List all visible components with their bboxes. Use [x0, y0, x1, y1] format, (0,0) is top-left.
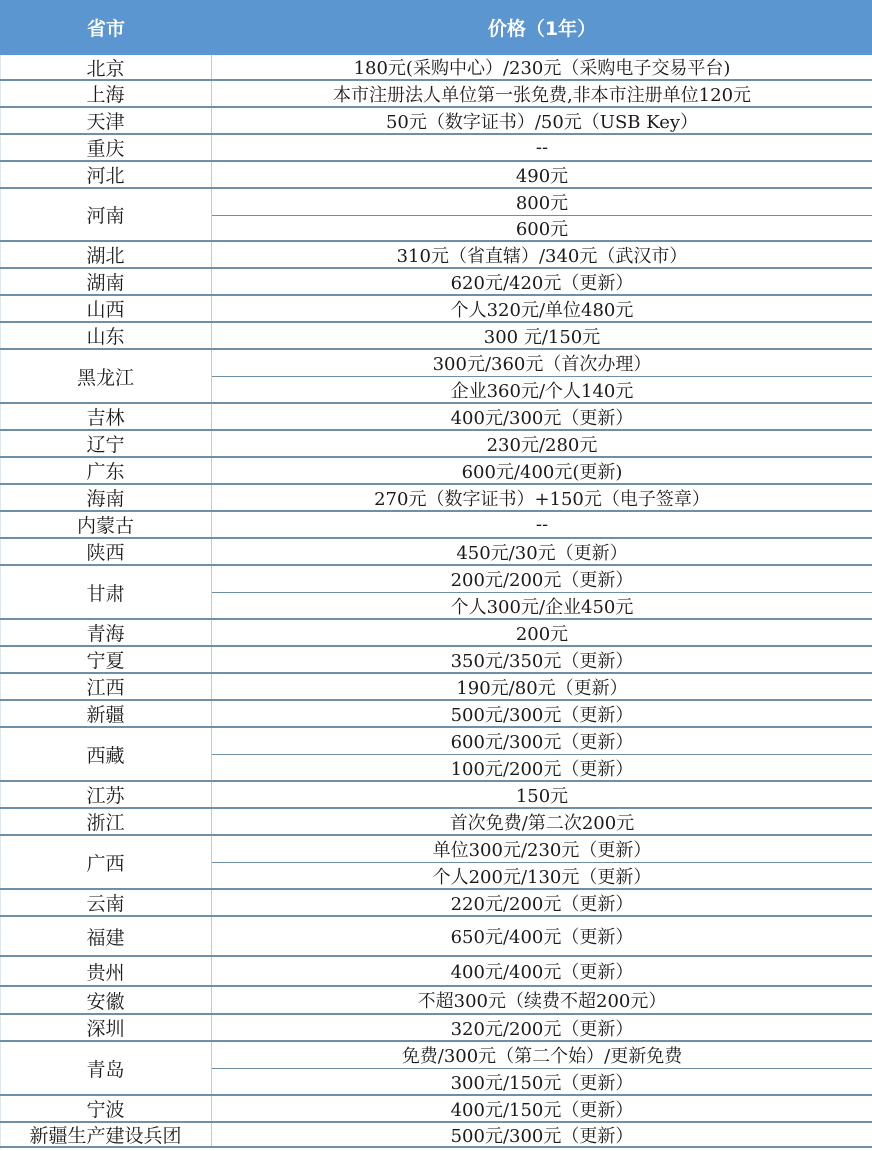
table-row: 宁夏350元/350元（更新） — [0, 647, 872, 674]
table-row: 上海本市注册法人单位第一张免费,非本市注册单位120元 — [0, 81, 872, 108]
price-cell-group: 350元/350元（更新） — [212, 647, 872, 672]
province-cell: 广西 — [0, 836, 212, 888]
price-cell: 400元/400元（更新） — [212, 957, 872, 985]
price-cell-group: 150元 — [212, 782, 872, 807]
price-cell-group: 320元/200元（更新） — [212, 1015, 872, 1040]
table-row: 内蒙古-- — [0, 512, 872, 539]
price-cell-group: 单位300元/230元（更新）个人200元/130元（更新） — [212, 836, 872, 888]
province-cell: 黑龙江 — [0, 350, 212, 402]
province-cell: 海南 — [0, 485, 212, 510]
price-cell-group: 免费/300元（第二个始）/更新免费300元/150元（更新） — [212, 1042, 872, 1094]
price-cell-group: 500元/300元（更新） — [212, 701, 872, 726]
province-cell: 甘肃 — [0, 566, 212, 618]
table-row: 西藏600元/300元（更新）100元/200元（更新） — [0, 728, 872, 782]
province-cell: 浙江 — [0, 809, 212, 834]
price-cell-group: -- — [212, 512, 872, 537]
price-cell: -- — [212, 135, 872, 160]
price-cell-group: 650元/400元（更新） — [212, 917, 872, 955]
price-cell: 不超300元（续费不超200元） — [212, 987, 872, 1013]
province-cell: 内蒙古 — [0, 512, 212, 537]
price-cell-group: 300 元/150元 — [212, 323, 872, 348]
table-row: 深圳320元/200元（更新） — [0, 1015, 872, 1042]
table-row: 黑龙江300元/360元（首次办理）企业360元/个人140元 — [0, 350, 872, 404]
price-cell: 320元/200元（更新） — [212, 1015, 872, 1040]
price-cell-group: 450元/30元（更新） — [212, 539, 872, 564]
table-row: 陕西450元/30元（更新） — [0, 539, 872, 566]
price-cell: 500元/300元（更新） — [212, 701, 872, 726]
price-cell-group: 800元600元 — [212, 189, 872, 240]
province-cell: 湖南 — [0, 269, 212, 294]
price-cell: 400元/300元（更新） — [212, 404, 872, 429]
province-cell: 上海 — [0, 81, 212, 106]
price-cell: 单位300元/230元（更新） — [212, 836, 872, 863]
province-cell: 江苏 — [0, 782, 212, 807]
price-cell: 450元/30元（更新） — [212, 539, 872, 564]
price-cell: 220元/200元（更新） — [212, 890, 872, 915]
price-cell-group: 首次免费/第二次200元 — [212, 809, 872, 834]
table-row: 河北490元 — [0, 162, 872, 189]
province-cell: 云南 — [0, 890, 212, 915]
price-cell: 免费/300元（第二个始）/更新免费 — [212, 1042, 872, 1069]
price-cell-group: 400元/300元（更新） — [212, 404, 872, 429]
province-cell: 青岛 — [0, 1042, 212, 1094]
province-cell: 深圳 — [0, 1015, 212, 1040]
table-header: 省市 价格（1年） — [0, 0, 872, 55]
province-cell: 贵州 — [0, 957, 212, 985]
price-cell-group: 不超300元（续费不超200元） — [212, 987, 872, 1013]
price-cell: 50元（数字证书）/50元（USB Key） — [212, 108, 872, 133]
header-price: 价格（1年） — [212, 0, 872, 55]
province-cell: 青海 — [0, 620, 212, 645]
province-cell: 江西 — [0, 674, 212, 699]
price-cell: 230元/280元 — [212, 431, 872, 456]
province-cell: 山东 — [0, 323, 212, 348]
table-row: 海南270元（数字证书）+150元（电子签章） — [0, 485, 872, 512]
price-cell: 650元/400元（更新） — [212, 917, 872, 955]
price-cell: 200元 — [212, 620, 872, 645]
province-cell: 重庆 — [0, 135, 212, 160]
province-cell: 新疆 — [0, 701, 212, 726]
table-row: 新疆生产建设兵团500元/300元（更新） — [0, 1123, 872, 1148]
table-body: 北京180元(采购中心）/230元（采购电子交易平台)上海本市注册法人单位第一张… — [0, 55, 872, 1148]
province-cell: 山西 — [0, 296, 212, 321]
price-cell: 400元/150元（更新） — [212, 1096, 872, 1121]
price-cell: 个人320元/单位480元 — [212, 296, 872, 321]
province-cell: 广东 — [0, 458, 212, 483]
price-cell: 190元/80元（更新） — [212, 674, 872, 699]
price-cell: 个人300元/企业450元 — [212, 593, 872, 618]
table-row: 云南220元/200元（更新） — [0, 890, 872, 917]
price-cell: 180元(采购中心）/230元（采购电子交易平台) — [212, 55, 872, 79]
province-cell: 天津 — [0, 108, 212, 133]
table-row: 新疆500元/300元（更新） — [0, 701, 872, 728]
province-cell: 宁夏 — [0, 647, 212, 672]
price-cell-group: 50元（数字证书）/50元（USB Key） — [212, 108, 872, 133]
price-cell-group: 500元/300元（更新） — [212, 1123, 872, 1146]
table-row: 江西190元/80元（更新） — [0, 674, 872, 701]
table-row: 贵州400元/400元（更新） — [0, 957, 872, 987]
province-cell: 福建 — [0, 917, 212, 955]
price-cell-group: 190元/80元（更新） — [212, 674, 872, 699]
price-cell-group: 本市注册法人单位第一张免费,非本市注册单位120元 — [212, 81, 872, 106]
price-cell-group: 400元/400元（更新） — [212, 957, 872, 985]
price-cell-group: 200元/200元（更新）个人300元/企业450元 — [212, 566, 872, 618]
price-cell: 800元 — [212, 189, 872, 216]
price-cell-group: 400元/150元（更新） — [212, 1096, 872, 1121]
price-cell: 150元 — [212, 782, 872, 807]
table-row: 天津50元（数字证书）/50元（USB Key） — [0, 108, 872, 135]
price-cell-group: 220元/200元（更新） — [212, 890, 872, 915]
price-cell: 300元/150元（更新） — [212, 1069, 872, 1094]
price-cell-group: 600元/300元（更新）100元/200元（更新） — [212, 728, 872, 780]
price-cell: -- — [212, 512, 872, 537]
price-cell: 200元/200元（更新） — [212, 566, 872, 593]
price-cell: 300 元/150元 — [212, 323, 872, 348]
price-cell-group: 180元(采购中心）/230元（采购电子交易平台) — [212, 55, 872, 79]
table-row: 甘肃200元/200元（更新）个人300元/企业450元 — [0, 566, 872, 620]
table-row: 河南800元600元 — [0, 189, 872, 242]
province-cell: 河北 — [0, 162, 212, 187]
price-cell: 300元/360元（首次办理） — [212, 350, 872, 377]
province-cell: 新疆生产建设兵团 — [0, 1123, 212, 1146]
price-cell-group: 200元 — [212, 620, 872, 645]
table-row: 山西个人320元/单位480元 — [0, 296, 872, 323]
price-cell: 350元/350元（更新） — [212, 647, 872, 672]
price-cell: 首次免费/第二次200元 — [212, 809, 872, 834]
table-row: 吉林400元/300元（更新） — [0, 404, 872, 431]
table-row: 青岛免费/300元（第二个始）/更新免费300元/150元（更新） — [0, 1042, 872, 1096]
header-province: 省市 — [0, 0, 212, 55]
table-row: 宁波400元/150元（更新） — [0, 1096, 872, 1123]
price-cell: 620元/420元（更新） — [212, 269, 872, 294]
province-cell: 湖北 — [0, 242, 212, 267]
province-cell: 北京 — [0, 55, 212, 79]
price-cell: 490元 — [212, 162, 872, 187]
table-row: 山东300 元/150元 — [0, 323, 872, 350]
price-cell-group: 个人320元/单位480元 — [212, 296, 872, 321]
price-cell-group: 600元/400元(更新) — [212, 458, 872, 483]
price-cell-group: -- — [212, 135, 872, 160]
province-cell: 安徽 — [0, 987, 212, 1013]
province-cell: 宁波 — [0, 1096, 212, 1121]
table-row: 浙江首次免费/第二次200元 — [0, 809, 872, 836]
table-row: 江苏150元 — [0, 782, 872, 809]
table-row: 重庆-- — [0, 135, 872, 162]
province-cell: 河南 — [0, 189, 212, 240]
price-cell: 本市注册法人单位第一张免费,非本市注册单位120元 — [212, 81, 872, 106]
table-row: 安徽不超300元（续费不超200元） — [0, 987, 872, 1015]
table-row: 广东600元/400元(更新) — [0, 458, 872, 485]
price-cell-group: 310元（省直辖）/340元（武汉市） — [212, 242, 872, 267]
price-cell: 600元/300元（更新） — [212, 728, 872, 755]
price-cell: 个人200元/130元（更新） — [212, 863, 872, 888]
price-cell-group: 490元 — [212, 162, 872, 187]
table-row: 广西单位300元/230元（更新）个人200元/130元（更新） — [0, 836, 872, 890]
table-row: 辽宁230元/280元 — [0, 431, 872, 458]
price-cell-group: 270元（数字证书）+150元（电子签章） — [212, 485, 872, 510]
province-cell: 辽宁 — [0, 431, 212, 456]
table-row: 青海200元 — [0, 620, 872, 647]
province-cell: 陕西 — [0, 539, 212, 564]
table-row: 福建650元/400元（更新） — [0, 917, 872, 957]
price-cell: 310元（省直辖）/340元（武汉市） — [212, 242, 872, 267]
price-cell: 600元/400元(更新) — [212, 458, 872, 483]
price-cell: 500元/300元（更新） — [212, 1123, 872, 1146]
table-row: 北京180元(采购中心）/230元（采购电子交易平台) — [0, 55, 872, 81]
province-cell: 西藏 — [0, 728, 212, 780]
price-cell-group: 300元/360元（首次办理）企业360元/个人140元 — [212, 350, 872, 402]
price-cell: 270元（数字证书）+150元（电子签章） — [212, 485, 872, 510]
table-row: 湖南620元/420元（更新） — [0, 269, 872, 296]
province-cell: 吉林 — [0, 404, 212, 429]
price-cell: 600元 — [212, 216, 872, 240]
price-cell-group: 230元/280元 — [212, 431, 872, 456]
price-cell-group: 620元/420元（更新） — [212, 269, 872, 294]
price-cell: 企业360元/个人140元 — [212, 377, 872, 402]
table-row: 湖北310元（省直辖）/340元（武汉市） — [0, 242, 872, 269]
price-cell: 100元/200元（更新） — [212, 755, 872, 780]
